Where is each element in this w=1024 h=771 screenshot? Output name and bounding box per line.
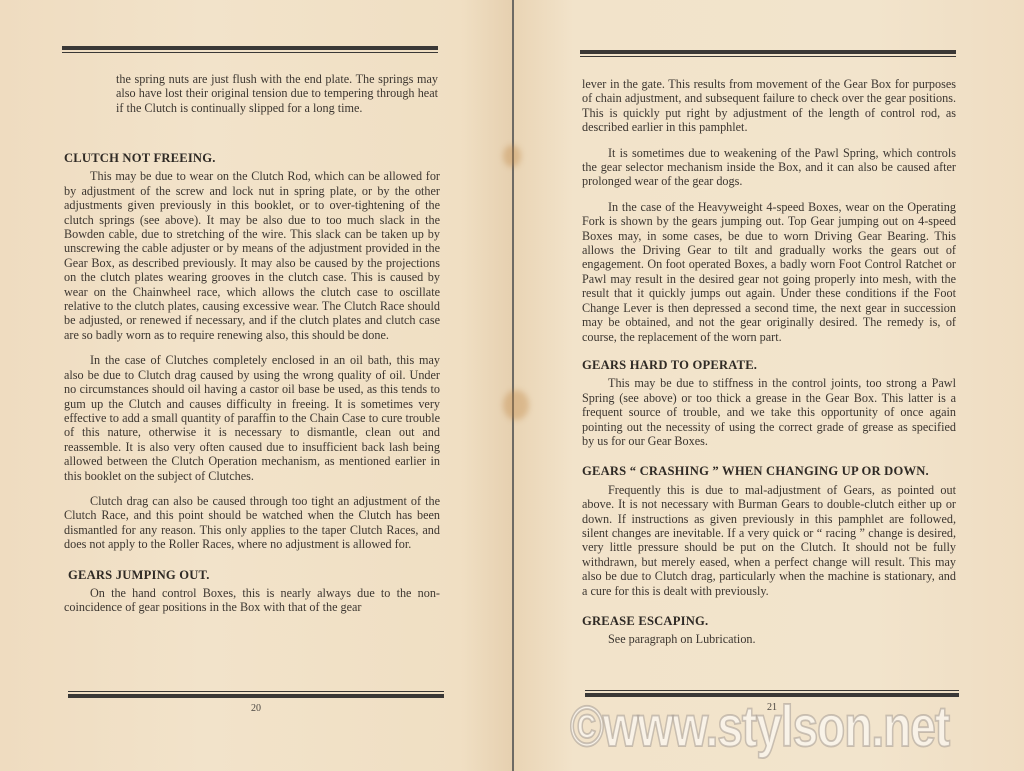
paragraph: Frequently this is due to mal-adjustment…: [582, 483, 956, 598]
section-heading-clutch-not-freeing: CLUTCH NOT FREEING.: [64, 151, 440, 165]
paragraph: In the case of the Heavyweight 4-speed B…: [582, 200, 956, 344]
left-page: the spring nuts are just flush with the …: [0, 0, 512, 771]
paper-stain: [503, 390, 529, 420]
paragraph: In the case of Clutches completely enclo…: [64, 353, 440, 483]
section-heading-gears-hard-to-operate: GEARS HARD TO OPERATE.: [582, 358, 956, 372]
continuation-paragraph: the spring nuts are just flush with the …: [116, 72, 438, 115]
paragraph: See paragraph on Lubrication.: [582, 632, 956, 646]
paragraph: It is sometimes due to weakening of the …: [582, 146, 956, 189]
right-page: lever in the gate. This results from mov…: [512, 0, 1024, 771]
paragraph: This may be due to stiffness in the cont…: [582, 376, 956, 448]
section-heading-gears-crashing: GEARS “ CRASHING ” WHEN CHANGING UP OR D…: [582, 464, 956, 478]
top-rule: [62, 46, 438, 53]
section-heading-grease-escaping: GREASE ESCAPING.: [582, 614, 956, 628]
section-heading-gears-jumping-out: GEARS JUMPING OUT.: [68, 568, 440, 582]
left-page-body: CLUTCH NOT FREEING. This may be due to w…: [64, 151, 440, 615]
watermark-text: ©www.stylson.net: [570, 692, 949, 760]
left-page-text: the spring nuts are just flush with the …: [116, 72, 438, 115]
bottom-rule: [68, 691, 444, 698]
page-number: 20: [236, 703, 276, 714]
book-spine: [512, 0, 514, 771]
paragraph: Clutch drag can also be caused through t…: [64, 494, 440, 552]
right-page-body: lever in the gate. This results from mov…: [582, 77, 956, 647]
paper-stain: [503, 145, 521, 167]
continuation-paragraph: lever in the gate. This results from mov…: [582, 77, 956, 135]
paragraph: This may be due to wear on the Clutch Ro…: [64, 169, 440, 342]
paragraph: On the hand control Boxes, this is nearl…: [64, 586, 440, 615]
top-rule: [580, 50, 956, 57]
